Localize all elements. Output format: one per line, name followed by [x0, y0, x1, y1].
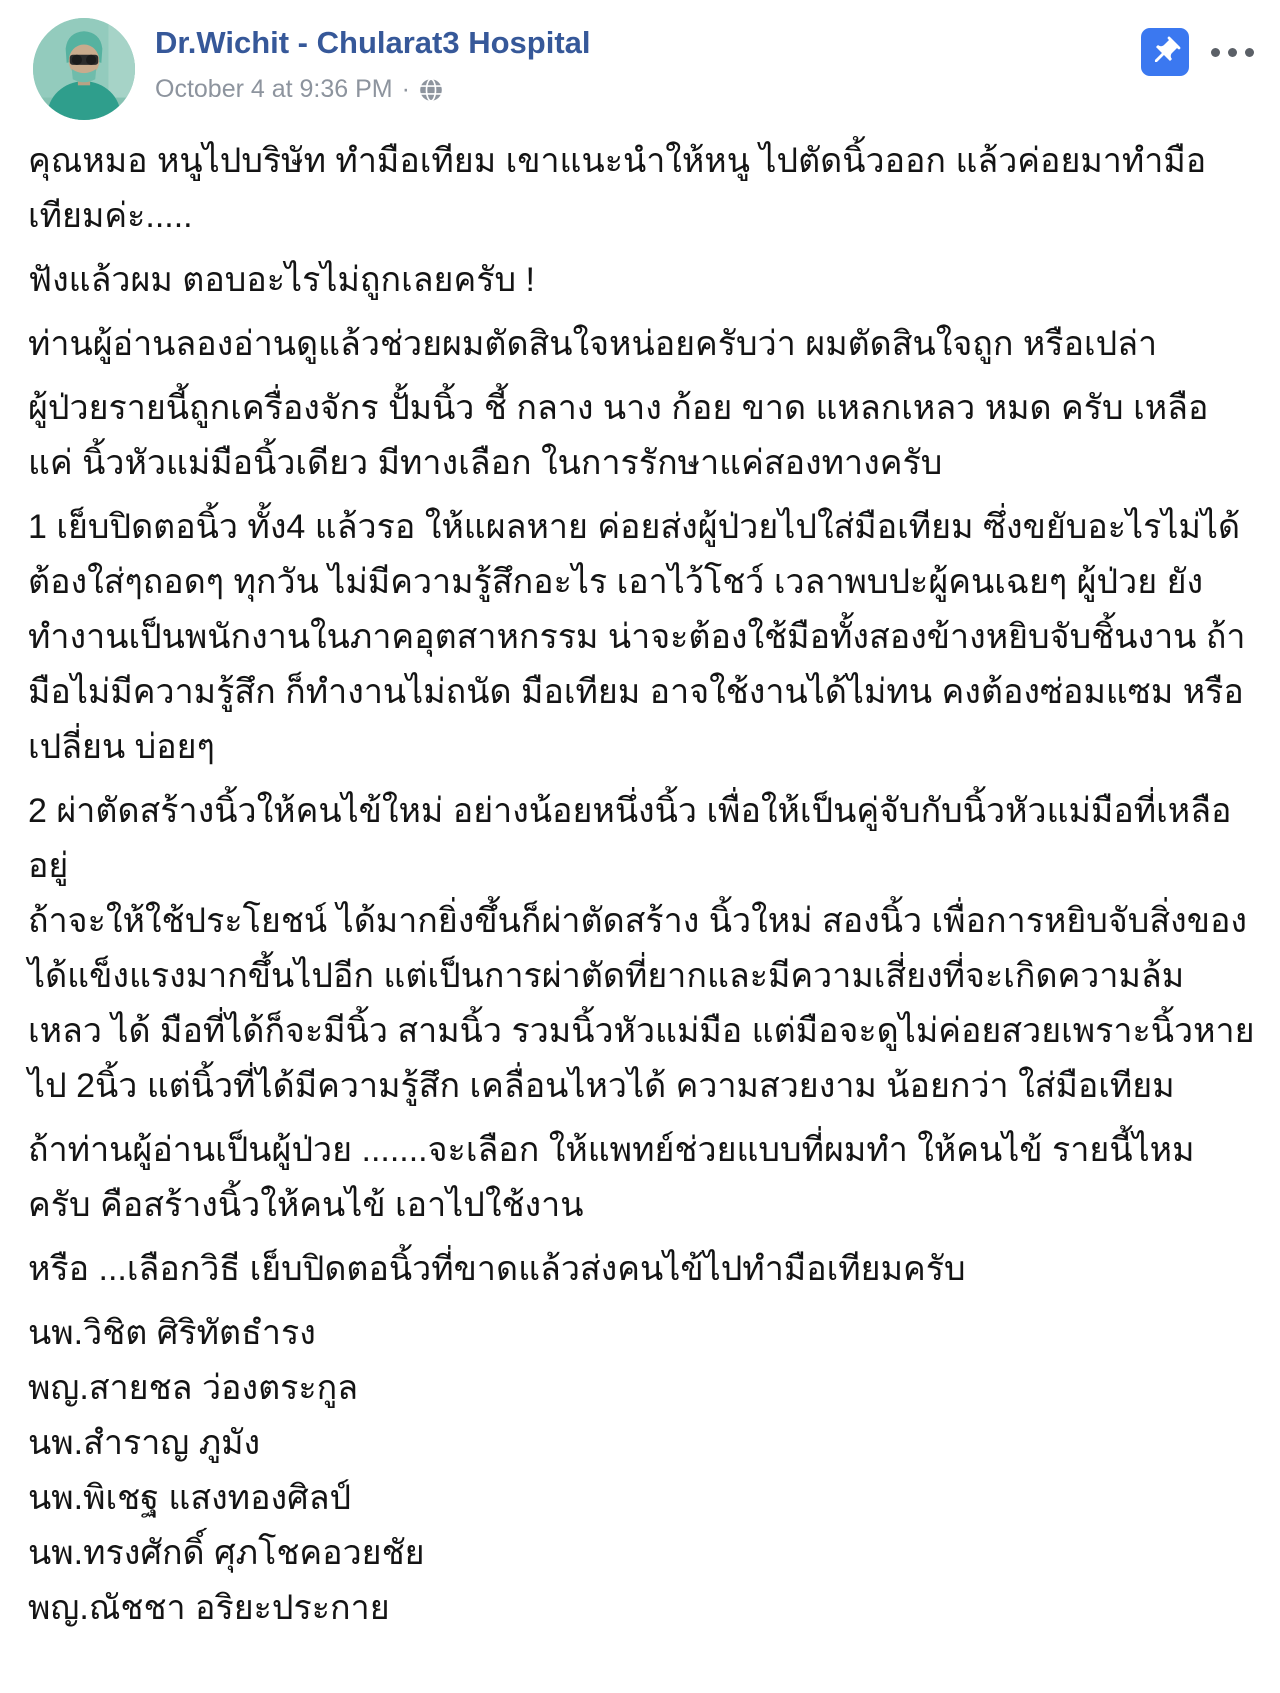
post-header: Dr.Wichit - Chularat3 Hospital October 4… — [25, 16, 1258, 120]
more-options-button[interactable] — [1209, 42, 1256, 63]
post-paragraph: ผู้ป่วยรายนี้ถูกเครื่องจักร ปั้มนิ้ว ชี้… — [28, 381, 1256, 491]
signature-line: นพ.ทรงศักดิ์ ศุภโชคอวยชัย — [28, 1526, 1256, 1581]
signature-line: นพ.สำราญ ภูมัง — [28, 1416, 1256, 1471]
header-text: Dr.Wichit - Chularat3 Hospital October 4… — [155, 16, 591, 104]
pushpin-icon — [1148, 35, 1182, 69]
timestamp-separator: · — [402, 75, 410, 104]
avatar[interactable] — [33, 18, 135, 120]
post-paragraph: ท่านผู้อ่านลองอ่านดูแล้วช่วยผมตัดสินใจหน… — [28, 317, 1256, 372]
signature-line: นพ.พิเชฐ แสงทองศิลป์ — [28, 1471, 1256, 1526]
ellipsis-icon — [1211, 48, 1220, 57]
surgeon-avatar-image — [33, 18, 135, 120]
post-paragraph: 2 ผ่าตัดสร้างนิ้วให้คนไข้ใหม่ อย่างน้อยห… — [28, 784, 1256, 1114]
signature-line: นพ.วิชิต ศิริทัตธำรง — [28, 1306, 1256, 1361]
globe-icon — [419, 78, 443, 102]
header-actions — [1141, 16, 1258, 76]
signature-line: พญ.ณัชชา อริยะประกาย — [28, 1581, 1256, 1636]
post-paragraph: 1 เย็บปิดตอนิ้ว ทั้ง4 แล้วรอ ให้แผลหาย ค… — [28, 500, 1256, 775]
page-name-link[interactable]: Dr.Wichit - Chularat3 Hospital — [155, 25, 591, 60]
post-paragraph: ฟังแล้วผม ตอบอะไรไม่ถูกเลยครับ ! — [28, 253, 1256, 308]
timestamp-row: October 4 at 9:36 PM · — [155, 75, 591, 104]
post-body: คุณหมอ หนูไปบริษัท ทำมือเทียม เขาแนะนำให… — [25, 134, 1258, 1636]
doctor-signatures: นพ.วิชิต ศิริทัตธำรง พญ.สายชล ว่องตระกูล… — [28, 1306, 1256, 1636]
signature-line: พญ.สายชล ว่องตระกูล — [28, 1361, 1256, 1416]
pinned-post-badge — [1141, 28, 1189, 76]
facebook-post-card: Dr.Wichit - Chularat3 Hospital October 4… — [0, 0, 1280, 1666]
post-timestamp[interactable]: October 4 at 9:36 PM — [155, 75, 393, 104]
post-paragraph: ถ้าท่านผู้อ่านเป็นผู้ป่วย .......จะเลือก… — [28, 1123, 1256, 1233]
post-paragraph: คุณหมอ หนูไปบริษัท ทำมือเทียม เขาแนะนำให… — [28, 134, 1256, 244]
post-paragraph: หรือ ...เลือกวิธี เย็บปิดตอนิ้วที่ขาดแล้… — [28, 1242, 1256, 1297]
